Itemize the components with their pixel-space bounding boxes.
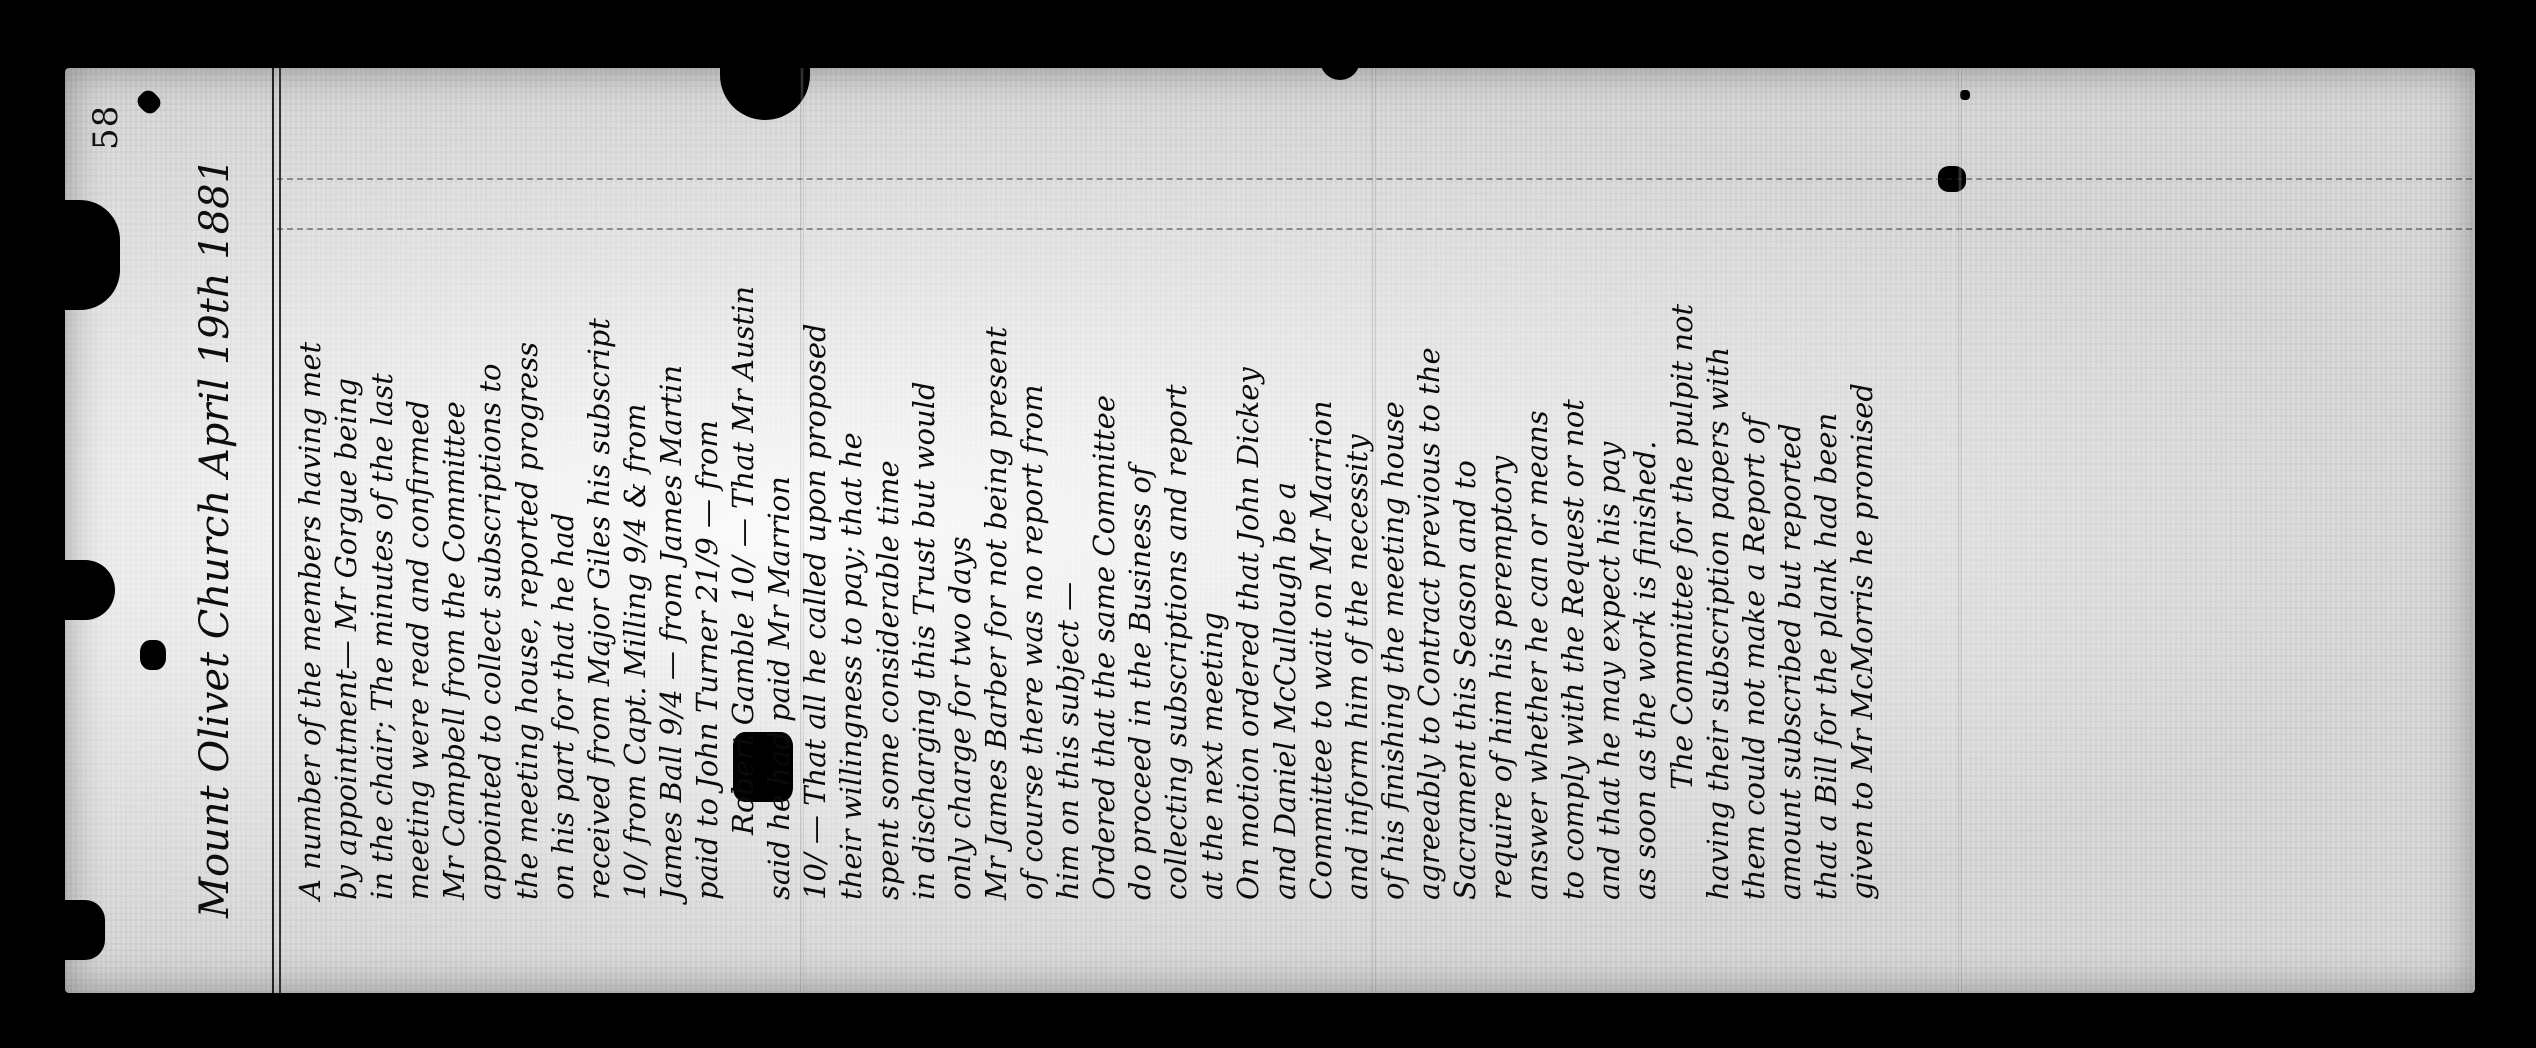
text-line: that a Bill for the plank had been [1808, 70, 1844, 930]
text-line: Ordered that the same Committee [1086, 70, 1122, 930]
text-line: of course there was no report from [1014, 70, 1050, 930]
text-line: amount subscribed but reported [1772, 70, 1808, 930]
torn-edge [65, 900, 105, 960]
text-line: meeting were read and confirmed [400, 70, 436, 930]
text-line: by appointment— Mr Gorgue being [328, 70, 364, 930]
text-line: 10/ from Capt. Milling 9/4 & from [617, 70, 653, 930]
text-line: having their subscription papers with [1700, 70, 1736, 930]
ink-blot [140, 640, 166, 670]
text-line: at the next meeting [1194, 70, 1230, 930]
text-line: collecting subscriptions and report [1158, 70, 1194, 930]
text-line: paid to John Turner 21/9 — from [689, 70, 725, 930]
text-line: on his part for that he had [545, 70, 581, 930]
text-line: 10/ — That all he called upon proposed [797, 70, 833, 930]
text-line: him on this subject — [1050, 70, 1086, 930]
text-line: only charge for two days [942, 70, 978, 930]
text-line: Mr James Barber for not being present [978, 70, 1014, 930]
text-line: The Committee for the pulpit not [1664, 70, 1700, 930]
text-line: received from Major Giles his subscript [581, 70, 617, 930]
text-line: On motion ordered that John Dickey [1230, 70, 1266, 930]
margin-rule [272, 68, 281, 993]
text-line: appointed to collect subscriptions to [472, 70, 508, 930]
text-line: do proceed in the Business of [1122, 70, 1158, 930]
document-heading: Mount Olivet Church April 19th 1881 [192, 98, 238, 918]
text-line: James Ball 9/4 — from James Martin [653, 70, 689, 930]
text-line: given to Mr McMorris he promised [1844, 70, 1880, 930]
text-line: them could not make a Report of [1736, 70, 1772, 930]
text-line: Robert Gamble 10/ — That Mr Austin [725, 70, 761, 930]
scanned-document-page: 58 Mount Olivet Church April 19th 1881 A… [0, 0, 2536, 1048]
text-line: Sacrament this Season and to [1447, 70, 1483, 930]
text-line: A number of the members having met [292, 70, 328, 930]
text-line: in the chair; The minutes of the last [364, 70, 400, 930]
torn-edge [65, 200, 120, 310]
text-line: and Daniel McCullough be a [1267, 70, 1303, 930]
text-line: of his finishing the meeting house [1375, 70, 1411, 930]
text-line: and that he may expect his pay [1591, 70, 1627, 930]
text-line: agreeably to Contract previous to the [1411, 70, 1447, 930]
text-line: to comply with the Request or not [1555, 70, 1591, 930]
text-line: their willingness to pay; that he [833, 70, 869, 930]
paper-fold [1958, 68, 1962, 993]
text-line: Committee to wait on Mr Marrion [1303, 70, 1339, 930]
text-line: Mr Campbell from the Committee [436, 70, 472, 930]
handwritten-minutes: A number of the members having met by ap… [292, 70, 1880, 930]
text-line: and inform him of the necessity [1339, 70, 1375, 930]
text-line: as soon as the work is finished. [1627, 70, 1663, 930]
text-line: the meeting house, reported progress [509, 70, 545, 930]
text-line: said he had paid Mr Marrion [761, 70, 797, 930]
page-number: 58 [86, 105, 126, 150]
text-line: spent some considerable time [870, 70, 906, 930]
text-line: require of him his peremptory [1483, 70, 1519, 930]
text-line: answer whether he can or means [1519, 70, 1555, 930]
text-line: in discharging this Trust but would [906, 70, 942, 930]
